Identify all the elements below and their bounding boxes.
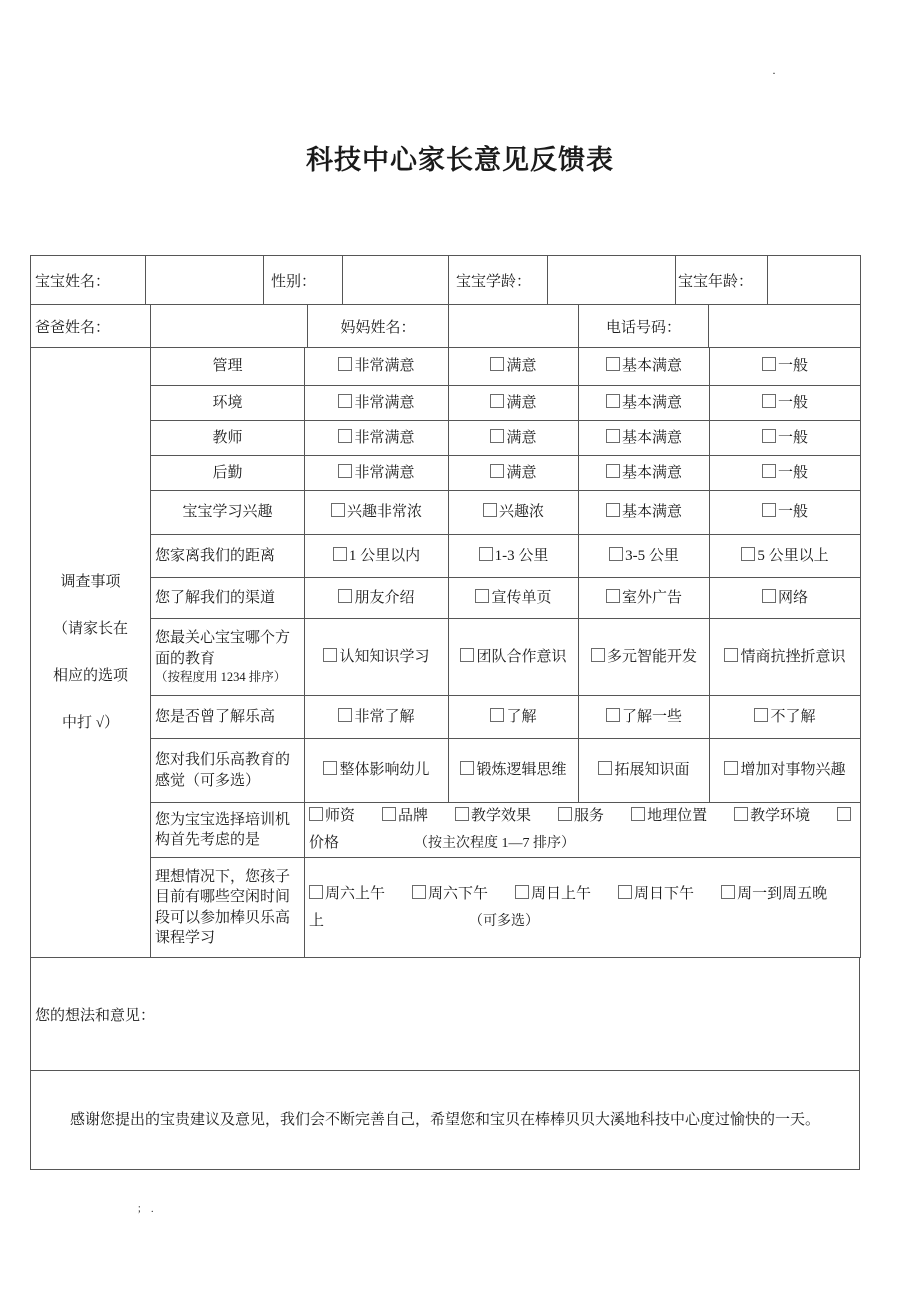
document-page: · 科技中心家长意见反馈表 宝宝姓名： 性别： 宝宝学龄： 宝宝年龄：	[0, 0, 920, 1302]
comments-label: 您的想法和意见：	[35, 1008, 155, 1024]
checkbox-icon[interactable]	[331, 503, 345, 517]
survey-option: 周日上午	[515, 886, 591, 902]
checkbox-icon[interactable]	[606, 394, 620, 408]
survey-option-cell: 基本满意	[579, 421, 710, 456]
checkbox-icon[interactable]	[490, 357, 504, 371]
baby-age-input-cell[interactable]	[768, 256, 861, 305]
thanks-text: 感谢您提出的宝贵建议及意见，我们会不断完善自己，希望您和宝贝在棒棒贝贝大溪地科技…	[31, 1071, 860, 1170]
gender-input-cell[interactable]	[343, 256, 449, 305]
survey-option: 基本满意	[606, 430, 682, 446]
survey-option-cell: 整体影响幼儿	[305, 739, 449, 803]
survey-option-cell: 非常满意	[305, 456, 449, 491]
survey-option: 非常满意	[338, 395, 414, 411]
checkbox-icon[interactable]	[515, 885, 529, 899]
checkbox-icon[interactable]	[721, 885, 735, 899]
survey-option: 多元智能开发	[591, 649, 697, 665]
survey-question-label: 您最关心宝宝哪个方面的教育（按程度用 1234 排序）	[151, 619, 305, 696]
survey-section-label: 调查事项（请家长在相应的选项中打 √）	[31, 348, 151, 958]
phone-number-input-cell[interactable]	[709, 305, 861, 348]
survey-option-cell: 了解	[449, 696, 579, 739]
checkbox-icon[interactable]	[475, 589, 489, 603]
checkbox-icon[interactable]	[598, 761, 612, 775]
survey-option-cell: 基本满意	[579, 348, 710, 386]
survey-option-cell: 基本满意	[579, 491, 710, 535]
checkbox-icon[interactable]	[338, 464, 352, 478]
checkbox-icon[interactable]	[483, 503, 497, 517]
survey-row: 环境非常满意满意基本满意一般	[31, 386, 861, 421]
survey-option-cell: 基本满意	[579, 386, 710, 421]
baby-name-input-cell[interactable]	[146, 256, 264, 305]
checkbox-icon[interactable]	[734, 807, 748, 821]
survey-options-note: （按主次程度 1—7 排序）	[414, 836, 575, 851]
checkbox-icon[interactable]	[338, 357, 352, 371]
gender-label: 性别：	[264, 256, 343, 305]
survey-option: 增加对事物兴趣	[724, 762, 845, 778]
survey-row: 您了解我们的渠道朋友介绍宣传单页室外广告网络	[31, 578, 861, 619]
survey-option: 3-5 公里	[609, 548, 679, 564]
survey-option-cell: 非常了解	[305, 696, 449, 739]
survey-option-cell: 团队合作意识	[449, 619, 579, 696]
survey-row: 您是否曾了解乐高非常了解了解了解一些不了解	[31, 696, 861, 739]
checkbox-icon[interactable]	[323, 761, 337, 775]
survey-option: 朋友介绍	[338, 590, 414, 606]
survey-options-cell: 周六上午周六下午周日上午周日下午周一到周五晚上（可多选）	[305, 858, 861, 958]
checkbox-icon[interactable]	[455, 807, 469, 821]
survey-option: 基本满意	[606, 395, 682, 411]
checkbox-icon[interactable]	[618, 885, 632, 899]
survey-option: 非常满意	[338, 430, 414, 446]
survey-option: 一般	[762, 430, 808, 446]
survey-option: 宣传单页	[475, 590, 551, 606]
checkbox-icon[interactable]	[762, 357, 776, 371]
survey-question-label: 您了解我们的渠道	[151, 578, 305, 619]
baby-school-age-label: 宝宝学龄：	[449, 256, 548, 305]
survey-option: 不了解	[754, 709, 815, 725]
survey-option-cell: 满意	[449, 348, 579, 386]
survey-option: 认知知识学习	[323, 649, 429, 665]
survey-option: 满意	[490, 430, 536, 446]
survey-option-cell: 非常满意	[305, 386, 449, 421]
survey-option-cell: 满意	[449, 386, 579, 421]
survey-option: 一般	[762, 358, 808, 374]
survey-option: 非常满意	[338, 465, 414, 481]
survey-options-note: （可多选）	[469, 914, 539, 929]
survey-option-cell: 一般	[710, 421, 861, 456]
survey-option: 非常了解	[338, 709, 414, 725]
survey-question-label: 后勤	[151, 456, 305, 491]
survey-option-cell: 一般	[710, 491, 861, 535]
mother-name-input-cell[interactable]	[449, 305, 579, 348]
survey-option: 教学效果	[455, 808, 531, 824]
survey-option-cell: 锻炼逻辑思维	[449, 739, 579, 803]
survey-option: 1 公里以内	[333, 548, 420, 564]
survey-option-cell: 非常满意	[305, 348, 449, 386]
survey-question-label: 环境	[151, 386, 305, 421]
checkbox-icon[interactable]	[490, 708, 504, 722]
survey-option: 地理位置	[631, 808, 707, 824]
survey-question-label: 您为宝宝选择培训机构首先考虑的是	[151, 803, 305, 858]
survey-option-cell: 非常满意	[305, 421, 449, 456]
checkbox-icon[interactable]	[338, 429, 352, 443]
survey-option-cell: 一般	[710, 386, 861, 421]
header-row-2: 爸爸姓名： 妈妈姓名： 电话号码：	[30, 304, 861, 348]
survey-option-cell: 网络	[710, 578, 861, 619]
checkbox-icon[interactable]	[490, 429, 504, 443]
survey-question-label: 您对我们乐高教育的感觉（可多选）	[151, 739, 305, 803]
checkbox-icon[interactable]	[338, 394, 352, 408]
survey-option-cell: 宣传单页	[449, 578, 579, 619]
survey-row: 您最关心宝宝哪个方面的教育（按程度用 1234 排序）认知知识学习团队合作意识多…	[31, 619, 861, 696]
stray-mark-top: ·	[772, 66, 776, 81]
header-row-1: 宝宝姓名： 性别： 宝宝学龄： 宝宝年龄：	[30, 255, 861, 305]
survey-option: 一般	[762, 504, 808, 520]
checkbox-icon[interactable]	[837, 807, 851, 821]
survey-row: 宝宝学习兴趣兴趣非常浓兴趣浓基本满意一般	[31, 491, 861, 535]
survey-option: 了解一些	[606, 709, 682, 725]
survey-option-cell: 拓展知识面	[579, 739, 710, 803]
baby-age-label: 宝宝年龄：	[676, 256, 768, 305]
survey-option: 满意	[490, 395, 536, 411]
survey-option-cell: 3-5 公里	[579, 535, 710, 578]
checkbox-icon[interactable]	[741, 547, 755, 561]
survey-option: 了解	[490, 709, 536, 725]
survey-question-label: 您是否曾了解乐高	[151, 696, 305, 739]
checkbox-icon[interactable]	[762, 503, 776, 517]
checkbox-icon[interactable]	[382, 807, 396, 821]
checkbox-icon[interactable]	[762, 464, 776, 478]
survey-option-cell: 满意	[449, 456, 579, 491]
survey-option: 1-3 公里	[479, 548, 549, 564]
survey-option: 教学环境	[734, 808, 810, 824]
survey-option-cell: 多元智能开发	[579, 619, 710, 696]
father-name-input-cell[interactable]	[151, 305, 308, 348]
checkbox-icon[interactable]	[631, 807, 645, 821]
checkbox-icon[interactable]	[606, 429, 620, 443]
survey-question-label: 宝宝学习兴趣	[151, 491, 305, 535]
survey-option-cell: 情商抗挫折意识	[710, 619, 861, 696]
survey-option: 基本满意	[606, 504, 682, 520]
survey-section-label-line: 相应的选项	[35, 653, 146, 700]
checkbox-icon[interactable]	[724, 648, 738, 662]
survey-option: 拓展知识面	[598, 762, 689, 778]
survey-section-label-line: （请家长在	[35, 606, 146, 653]
checkbox-icon[interactable]	[338, 589, 352, 603]
survey-question-label: 理想情况下，您孩子目前有哪些空闲时间段可以参加棒贝乐高课程学习	[151, 858, 305, 958]
survey-option-cell: 一般	[710, 456, 861, 491]
checkbox-icon[interactable]	[606, 589, 620, 603]
survey-option: 品牌	[382, 808, 428, 824]
mother-name-label: 妈妈姓名：	[308, 305, 449, 348]
survey-question-note: （按程度用 1234 排序）	[155, 669, 300, 686]
survey-option-cell: 兴趣非常浓	[305, 491, 449, 535]
father-name-label: 爸爸姓名：	[31, 305, 151, 348]
checkbox-icon[interactable]	[309, 885, 323, 899]
survey-option: 锻炼逻辑思维	[460, 762, 566, 778]
checkbox-icon[interactable]	[490, 394, 504, 408]
checkbox-icon[interactable]	[606, 503, 620, 517]
phone-number-label: 电话号码：	[579, 305, 709, 348]
survey-option-cell: 5 公里以上	[710, 535, 861, 578]
survey-row: 后勤非常满意满意基本满意一般	[31, 456, 861, 491]
checkbox-icon[interactable]	[558, 807, 572, 821]
checkbox-icon[interactable]	[754, 708, 768, 722]
survey-option-cell: 满意	[449, 421, 579, 456]
feedback-form-table: 宝宝姓名： 性别： 宝宝学龄： 宝宝年龄： 爸爸姓名： 妈妈姓名： 电话	[30, 255, 860, 1170]
checkbox-icon[interactable]	[762, 394, 776, 408]
survey-row: 理想情况下，您孩子目前有哪些空闲时间段可以参加棒贝乐高课程学习周六上午周六下午周…	[31, 858, 861, 958]
checkbox-icon[interactable]	[762, 589, 776, 603]
survey-option: 满意	[490, 465, 536, 481]
survey-option: 周六下午	[412, 886, 488, 902]
survey-row: 您家离我们的距离1 公里以内1-3 公里3-5 公里5 公里以上	[31, 535, 861, 578]
survey-question-label: 管理	[151, 348, 305, 386]
checkbox-icon[interactable]	[412, 885, 426, 899]
survey-option-cell: 朋友介绍	[305, 578, 449, 619]
survey-option-cell: 室外广告	[579, 578, 710, 619]
survey-option: 基本满意	[606, 358, 682, 374]
survey-option: 团队合作意识	[460, 649, 566, 665]
survey-option-cell: 一般	[710, 348, 861, 386]
survey-option-cell: 增加对事物兴趣	[710, 739, 861, 803]
checkbox-icon[interactable]	[606, 464, 620, 478]
checkbox-icon[interactable]	[606, 708, 620, 722]
baby-name-label: 宝宝姓名：	[31, 256, 146, 305]
survey-section-label-line: 中打 √）	[35, 700, 146, 747]
stray-mark-bottom: ；.	[137, 1200, 158, 1215]
survey-option: 兴趣非常浓	[331, 504, 422, 520]
survey-option: 基本满意	[606, 465, 682, 481]
survey-option: 满意	[490, 358, 536, 374]
survey-option-cell: 了解一些	[579, 696, 710, 739]
survey-option: 兴趣浓	[483, 504, 544, 520]
survey-option: 情商抗挫折意识	[724, 649, 845, 665]
survey-option: 一般	[762, 395, 808, 411]
survey-option-cell: 1-3 公里	[449, 535, 579, 578]
checkbox-icon[interactable]	[591, 648, 605, 662]
survey-row: 您对我们乐高教育的感觉（可多选）整体影响幼儿锻炼逻辑思维拓展知识面增加对事物兴趣	[31, 739, 861, 803]
survey-options-cell: 师资品牌教学效果服务地理位置教学环境价格（按主次程度 1—7 排序）	[305, 803, 861, 858]
survey-option: 整体影响幼儿	[323, 762, 429, 778]
survey-row: 您为宝宝选择培训机构首先考虑的是师资品牌教学效果服务地理位置教学环境价格（按主次…	[31, 803, 861, 858]
survey-option-cell: 基本满意	[579, 456, 710, 491]
checkbox-icon[interactable]	[309, 807, 323, 821]
survey-row: 教师非常满意满意基本满意一般	[31, 421, 861, 456]
checkbox-icon[interactable]	[323, 648, 337, 662]
survey-option-cell: 兴趣浓	[449, 491, 579, 535]
page-title: 科技中心家长意见反馈表	[0, 138, 920, 177]
checkbox-icon[interactable]	[762, 429, 776, 443]
checkbox-icon[interactable]	[606, 357, 620, 371]
survey-option-cell: 认知知识学习	[305, 619, 449, 696]
survey-table: 调查事项（请家长在相应的选项中打 √）管理非常满意满意基本满意一般环境非常满意满…	[30, 347, 861, 958]
survey-option: 非常满意	[338, 358, 414, 374]
survey-option: 周日下午	[618, 886, 694, 902]
survey-option-cell: 1 公里以内	[305, 535, 449, 578]
checkbox-icon[interactable]	[479, 547, 493, 561]
survey-option: 5 公里以上	[741, 548, 828, 564]
baby-school-age-input-cell[interactable]	[548, 256, 676, 305]
checkbox-icon[interactable]	[724, 761, 738, 775]
thanks-row: 感谢您提出的宝贵建议及意见，我们会不断完善自己，希望您和宝贝在棒棒贝贝大溪地科技…	[30, 1070, 860, 1170]
survey-option: 一般	[762, 465, 808, 481]
checkbox-icon[interactable]	[333, 547, 347, 561]
survey-option: 师资	[309, 808, 355, 824]
checkbox-icon[interactable]	[609, 547, 623, 561]
checkbox-icon[interactable]	[338, 708, 352, 722]
survey-option-cell: 不了解	[710, 696, 861, 739]
survey-row: 调查事项（请家长在相应的选项中打 √）管理非常满意满意基本满意一般	[31, 348, 861, 386]
survey-question-label: 教师	[151, 421, 305, 456]
survey-option: 网络	[762, 590, 808, 606]
survey-option: 服务	[558, 808, 604, 824]
checkbox-icon[interactable]	[460, 761, 474, 775]
survey-option: 周六上午	[309, 886, 385, 902]
survey-section-label-line: 调查事项	[35, 559, 146, 606]
survey-option: 室外广告	[606, 590, 682, 606]
survey-question-label: 您家离我们的距离	[151, 535, 305, 578]
comments-input-cell[interactable]: 您的想法和意见：	[31, 958, 860, 1071]
comments-row: 您的想法和意见：	[30, 957, 860, 1071]
checkbox-icon[interactable]	[490, 464, 504, 478]
checkbox-icon[interactable]	[460, 648, 474, 662]
